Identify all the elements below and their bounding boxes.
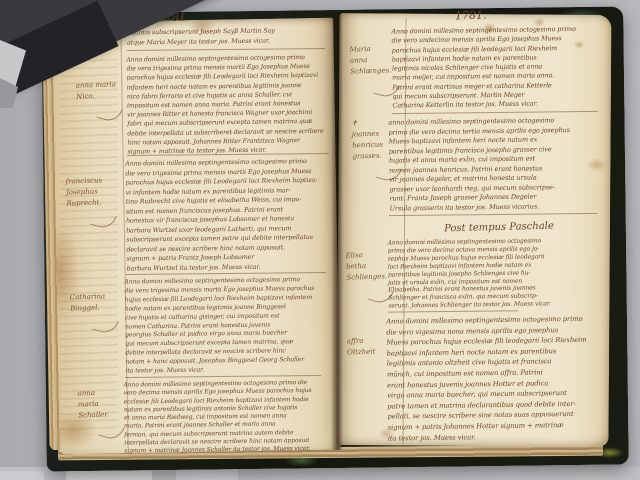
manuscript-line: anna maria — [76, 79, 117, 91]
entry-separator — [389, 213, 597, 216]
left-carryover-entry: infantis subscripserunt Joseph Sayß Mart… — [127, 26, 336, 48]
manuscript-line: serunt. Johannes Schlienger ita testor j… — [388, 300, 606, 311]
manuscript-line: Schlænges. — [350, 65, 391, 77]
baptism-entry: Anno domini millesimo septingentesimo oc… — [123, 378, 336, 456]
margin-note-child-name: affraOltzheit — [347, 336, 376, 359]
manuscript-line: Catharina — [70, 291, 106, 303]
margin-note-child-name: anna mariaNico. — [76, 79, 117, 102]
margin-note-child-name: CatharinaBinggel. — [70, 291, 106, 314]
scan-surface-highlight — [176, 469, 238, 480]
margin-note-child-name: annamariaSchaller. — [77, 387, 109, 421]
baptism-entry: Anno domini millesimo septingentesimo oc… — [386, 313, 608, 443]
manuscript-line: Oltzheit — [347, 347, 376, 359]
baptism-entry: Anno domini millesimo septingentesimo oc… — [391, 25, 606, 112]
margin-note-child-name: ElisabethaSchlienges. — [345, 249, 387, 283]
register-scan-photo: 1781. infantis subscripserunt Joseph Say… — [0, 0, 640, 480]
margin-note-child-name: franciscusJosephusRuprecht. — [65, 175, 103, 209]
baptism-entry: Anno domini millesimo septingentesimo oc… — [388, 236, 607, 310]
section-heading: Post tempus Paschale — [399, 219, 599, 235]
baptism-entry: anno domini millesimo septingentesimo oc… — [388, 115, 605, 213]
scan-surface-highlight — [0, 471, 44, 480]
right-page-year: 1781. — [455, 8, 487, 22]
entry-separator — [127, 48, 325, 51]
manuscript-line: grasses. — [352, 150, 383, 162]
baptism-entry: Anno domini millesimo septingentesimo oc… — [126, 52, 336, 156]
manuscript-line: signum + matrinæ Joannes Schaller ita te… — [124, 445, 336, 456]
manuscript-line: Schlienges. — [346, 271, 387, 283]
left-page-text-layer: 1781. infantis subscripserunt Joseph Say… — [58, 0, 336, 470]
manuscript-line: Ruprecht. — [66, 197, 103, 209]
right-page-text-layer: 1781. Anno domini millesimo septingentes… — [339, 0, 611, 470]
entry-separator — [388, 310, 518, 312]
manuscript-line: Nico. — [76, 90, 117, 102]
baptism-entry: Anno domini millesimo septingentesimo oc… — [125, 156, 336, 273]
baptism-entry: Anno domini millesimo septingentesimo oc… — [124, 275, 336, 376]
manuscript-line: Binggel. — [70, 302, 106, 314]
manuscript-line: Schaller. — [78, 409, 109, 421]
scan-surface-highlight — [66, 470, 152, 480]
entry-separator — [392, 111, 598, 114]
margin-note-child-name: MariaannaSchlænges. — [349, 43, 391, 77]
manuscript-line: Catharina Ketterlin ita testor jos. Mues… — [392, 99, 606, 111]
margin-note-child-name: ✝joanneshenricusgrasses. — [351, 117, 383, 162]
margin-flourish — [98, 421, 124, 442]
